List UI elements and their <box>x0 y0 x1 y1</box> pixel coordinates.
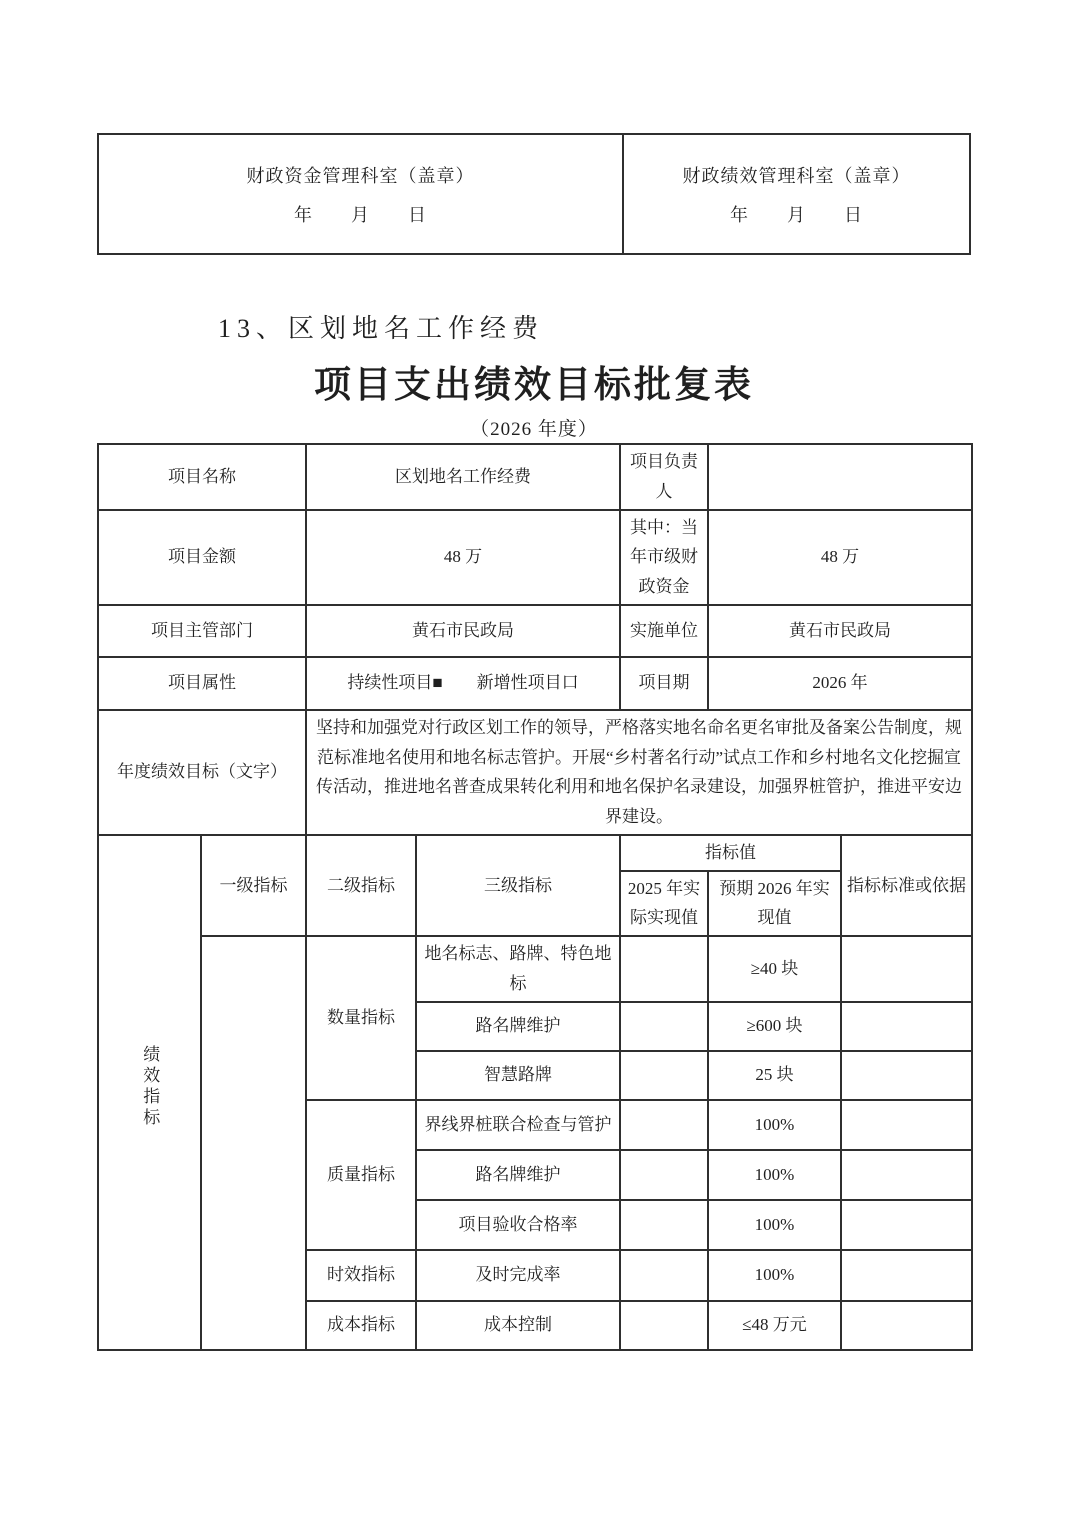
project-period-label: 项目期 <box>620 657 708 710</box>
standard-header: 指标标准或依据 <box>841 835 972 936</box>
expected-2026-cell: 100% <box>708 1100 841 1150</box>
performance-indicator-side-label-cell: 绩效指标 <box>98 835 201 1350</box>
project-name-value: 区划地名工作经费 <box>306 444 620 510</box>
stamp-title: 财政绩效管理科室（盖章） <box>683 162 911 188</box>
doc-subtitle: （2026 年度） <box>97 414 971 441</box>
expected-2026-cell: ≤48 万元 <box>708 1301 841 1350</box>
supervisor-dept-label: 项目主管部门 <box>98 605 306 657</box>
level3-cell: 界线界桩联合检查与管护 <box>416 1100 620 1150</box>
expected-2026-cell: 100% <box>708 1150 841 1200</box>
level2-cell: 成本指标 <box>306 1301 416 1350</box>
doc-title: 项目支出绩效目标批复表 <box>97 354 971 408</box>
indicator-header-row-top: 绩效指标 一级指标 二级指标 三级指标 指标值 指标标准或依据 <box>98 835 972 871</box>
standard-cell <box>841 1301 972 1350</box>
performance-indicator-side-label: 绩效指标 <box>140 1045 160 1129</box>
standard-cell <box>841 1150 972 1200</box>
implementing-unit-value: 黄石市民政局 <box>708 605 972 657</box>
indicator-row: 数量指标 地名标志、路牌、特色地标 ≥40 块 <box>98 936 972 1002</box>
project-name-label: 项目名称 <box>98 444 306 510</box>
info-row-supervisor-dept: 项目主管部门 黄石市民政局 实施单位 黄石市民政局 <box>98 605 972 657</box>
info-row-project-amount: 项目金额 48 万 其中：当年市级财政资金 48 万 <box>98 510 972 605</box>
project-amount-value: 48 万 <box>306 510 620 605</box>
stamp-title: 财政资金管理科室（盖章） <box>247 162 475 188</box>
section-heading: 13、区划地名工作经费 <box>218 308 544 345</box>
level2-cell: 时效指标 <box>306 1250 416 1301</box>
level1-header: 一级指标 <box>201 835 306 936</box>
expected-2026-cell: ≥40 块 <box>708 936 841 1002</box>
performance-target-table: 项目名称 区划地名工作经费 项目负责人 项目金额 48 万 其中：当年市级财政资… <box>97 443 973 1351</box>
level3-header: 三级指标 <box>416 835 620 936</box>
actual-2025-cell <box>620 1002 708 1051</box>
city-fund-label: 其中：当年市级财政资金 <box>620 510 708 605</box>
project-attribute-value: 持续性项目■ 新增性项目口 <box>306 657 620 710</box>
value-group-header: 指标值 <box>620 835 841 871</box>
standard-cell <box>841 936 972 1002</box>
level3-cell: 路名牌维护 <box>416 1002 620 1051</box>
level3-cell: 智慧路牌 <box>416 1051 620 1100</box>
annual-goal-row: 年度绩效目标（文字） 坚持和加强党对行政区划工作的领导，严格落实地名命名更名审批… <box>98 710 972 835</box>
stamp-box: 财政资金管理科室（盖章） 年 月 日 财政绩效管理科室（盖章） 年 月 日 <box>97 133 971 255</box>
annual-goal-label: 年度绩效目标（文字） <box>98 710 306 835</box>
level3-cell: 成本控制 <box>416 1301 620 1350</box>
actual-2025-cell <box>620 936 708 1002</box>
level2-header: 二级指标 <box>306 835 416 936</box>
stamp-date-line: 年 月 日 <box>294 201 427 227</box>
actual-2025-header: 2025 年实际实现值 <box>620 871 708 937</box>
standard-cell <box>841 1100 972 1150</box>
annual-goal-text: 坚持和加强党对行政区划工作的领导，严格落实地名命名更名审批及备案公告制度，规范标… <box>306 710 972 835</box>
actual-2025-cell <box>620 1301 708 1350</box>
actual-2025-cell <box>620 1150 708 1200</box>
actual-2025-cell <box>620 1100 708 1150</box>
standard-cell <box>841 1002 972 1051</box>
level2-cell: 质量指标 <box>306 1100 416 1250</box>
project-attribute-checkboxes: 持续性项目■ 新增性项目口 <box>347 668 578 698</box>
city-fund-value: 48 万 <box>708 510 972 605</box>
project-amount-label: 项目金额 <box>98 510 306 605</box>
project-attribute-label: 项目属性 <box>98 657 306 710</box>
expected-2026-cell: ≥600 块 <box>708 1002 841 1051</box>
level3-cell: 项目验收合格率 <box>416 1200 620 1250</box>
actual-2025-cell <box>620 1051 708 1100</box>
stamp-date-line: 年 月 日 <box>730 201 863 227</box>
level2-cell: 数量指标 <box>306 936 416 1100</box>
standard-cell <box>841 1051 972 1100</box>
expected-2026-cell: 25 块 <box>708 1051 841 1100</box>
standard-cell <box>841 1250 972 1301</box>
implementing-unit-label: 实施单位 <box>620 605 708 657</box>
stamp-cell-performance-management: 财政绩效管理科室（盖章） 年 月 日 <box>624 135 969 253</box>
project-leader-label: 项目负责人 <box>620 444 708 510</box>
standard-cell <box>841 1200 972 1250</box>
project-leader-value <box>708 444 972 510</box>
info-row-project-name: 项目名称 区划地名工作经费 项目负责人 <box>98 444 972 510</box>
actual-2025-cell <box>620 1250 708 1301</box>
level3-cell: 及时完成率 <box>416 1250 620 1301</box>
expected-2026-header: 预期 2026 年实现值 <box>708 871 841 937</box>
level3-cell: 路名牌维护 <box>416 1150 620 1200</box>
supervisor-dept-value: 黄石市民政局 <box>306 605 620 657</box>
stamp-cell-fund-management: 财政资金管理科室（盖章） 年 月 日 <box>99 135 624 253</box>
project-period-value: 2026 年 <box>708 657 972 710</box>
info-row-project-attribute: 项目属性 持续性项目■ 新增性项目口 项目期 2026 年 <box>98 657 972 710</box>
level1-empty-cell <box>201 936 306 1350</box>
expected-2026-cell: 100% <box>708 1250 841 1301</box>
expected-2026-cell: 100% <box>708 1200 841 1250</box>
actual-2025-cell <box>620 1200 708 1250</box>
level3-cell: 地名标志、路牌、特色地标 <box>416 936 620 1002</box>
document-page: 财政资金管理科室（盖章） 年 月 日 财政绩效管理科室（盖章） 年 月 日 13… <box>0 0 1074 1520</box>
